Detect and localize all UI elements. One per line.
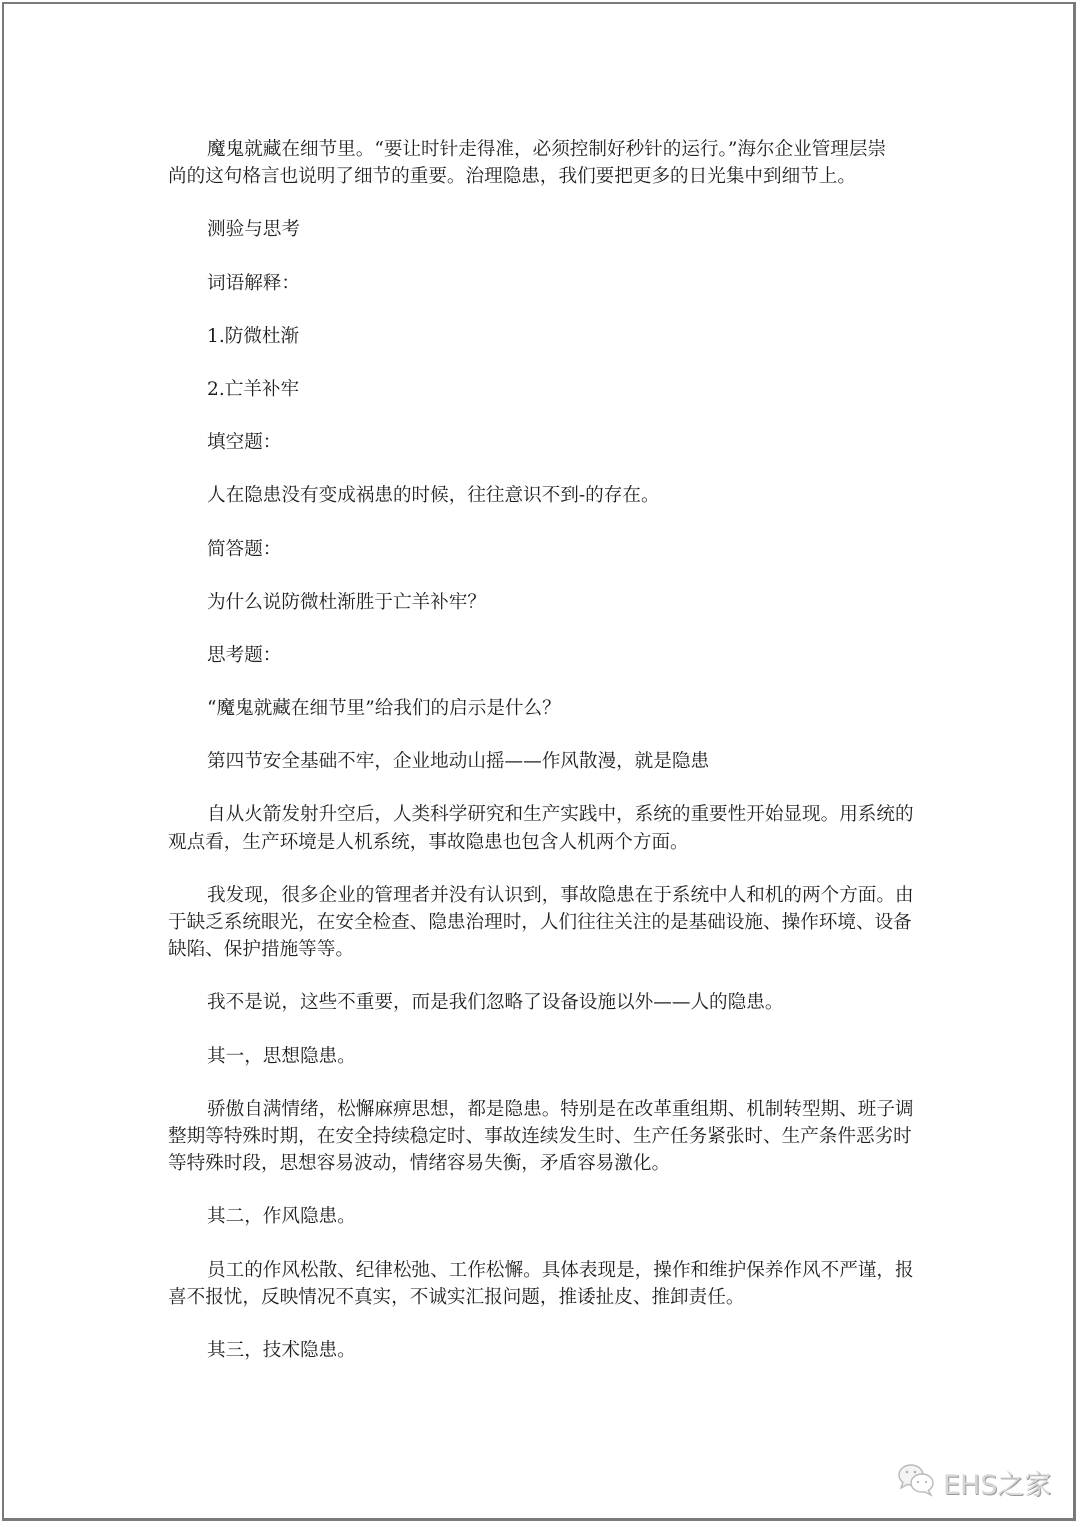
paragraph: 第四节安全基础不牢，企业地动山摇——作风散漫，就是隐患 [168,748,924,775]
text-line: 测验与思考 [168,216,924,243]
paragraph: 其一，思想隐患。 [168,1043,924,1070]
paragraph: 简答题： [168,536,924,563]
paragraph: 员工的作风松散、纪律松弛、工作松懈。具体表现是，操作和维护保养作风不严谨，报喜不… [168,1257,924,1311]
paragraph: 1.防微杜渐 [168,323,924,350]
text-line: 整期等特殊时期，在安全持续稳定时、事故连续发生时、生产任务紧张时、生产条件恶劣时 [168,1123,924,1150]
text-line: 人在隐患没有变成祸患的时候，往往意识不到-的存在。 [168,482,924,509]
watermark-text: EHS之家 [943,1463,1052,1502]
paragraph: 测验与思考 [168,216,924,243]
paragraph: 魔鬼就藏在细节里。“要让时针走得准，必须控制好秒针的运行。”海尔企业管理层崇尚的… [168,136,924,190]
paragraph: 我不是说，这些不重要，而是我们忽略了设备设施以外——人的隐患。 [168,989,924,1016]
text-line: 员工的作风松散、纪律松弛、工作松懈。具体表现是，操作和维护保养作风不严谨，报 [168,1257,924,1284]
paragraph: 词语解释： [168,270,924,297]
paragraph: 自从火箭发射升空后，人类科学研究和生产实践中，系统的重要性开始显现。用系统的观点… [168,801,924,855]
text-line: “魔鬼就藏在细节里”给我们的启示是什么？ [168,695,924,722]
text-line: 等特殊时段，思想容易波动，情绪容易失衡，矛盾容易激化。 [168,1150,924,1177]
text-line: 1.防微杜渐 [168,323,924,350]
text-line: 简答题： [168,536,924,563]
text-line: 第四节安全基础不牢，企业地动山摇——作风散漫，就是隐患 [168,748,924,775]
text-line: 填空题： [168,429,924,456]
text-line: 观点看，生产环境是人机系统，事故隐患也包含人机两个方面。 [168,829,924,856]
paragraph: 其二，作风隐患。 [168,1203,924,1230]
text-line: 自从火箭发射升空后，人类科学研究和生产实践中，系统的重要性开始显现。用系统的 [168,801,924,828]
text-line: 我发现，很多企业的管理者并没有认识到，事故隐患在于系统中人和机的两个方面。由 [168,882,924,909]
paragraph: 其三，技术隐患。 [168,1337,924,1364]
text-line: 其三，技术隐患。 [168,1337,924,1364]
text-line: 缺陷、保护措施等等。 [168,936,924,963]
paragraph: 2.亡羊补牢 [168,376,924,403]
text-line: 魔鬼就藏在细节里。“要让时针走得准，必须控制好秒针的运行。”海尔企业管理层崇 [168,136,924,163]
paragraph: 我发现，很多企业的管理者并没有认识到，事故隐患在于系统中人和机的两个方面。由于缺… [168,882,924,964]
paragraph: 为什么说防微杜渐胜于亡羊补牢？ [168,589,924,616]
document-body: 魔鬼就藏在细节里。“要让时针走得准，必须控制好秒针的运行。”海尔企业管理层崇尚的… [168,136,924,1390]
text-line: 喜不报忧，反映情况不真实，不诚实汇报问题，推诿扯皮、推卸责任。 [168,1284,924,1311]
text-line: 思考题： [168,642,924,669]
text-line: 其一，思想隐患。 [168,1043,924,1070]
text-line: 骄傲自满情绪，松懈麻痹思想，都是隐患。特别是在改革重组期、机制转型期、班子调 [168,1096,924,1123]
text-line: 尚的这句格言也说明了细节的重要。治理隐患，我们要把更多的日光集中到细节上。 [168,163,924,190]
text-line: 词语解释： [168,270,924,297]
watermark: EHS之家 [897,1462,1052,1502]
wechat-icon [897,1462,937,1503]
paragraph: “魔鬼就藏在细节里”给我们的启示是什么？ [168,695,924,722]
text-line: 2.亡羊补牢 [168,376,924,403]
text-line: 于缺乏系统眼光，在安全检查、隐患治理时，人们往往关注的是基础设施、操作环境、设备 [168,909,924,936]
document-page: 魔鬼就藏在细节里。“要让时针走得准，必须控制好秒针的运行。”海尔企业管理层崇尚的… [2,2,1076,1521]
paragraph: 人在隐患没有变成祸患的时候，往往意识不到-的存在。 [168,482,924,509]
paragraph: 填空题： [168,429,924,456]
paragraph: 思考题： [168,642,924,669]
text-line: 其二，作风隐患。 [168,1203,924,1230]
text-line: 我不是说，这些不重要，而是我们忽略了设备设施以外——人的隐患。 [168,989,924,1016]
text-line: 为什么说防微杜渐胜于亡羊补牢？ [168,589,924,616]
paragraph: 骄傲自满情绪，松懈麻痹思想，都是隐患。特别是在改革重组期、机制转型期、班子调整期… [168,1096,924,1178]
